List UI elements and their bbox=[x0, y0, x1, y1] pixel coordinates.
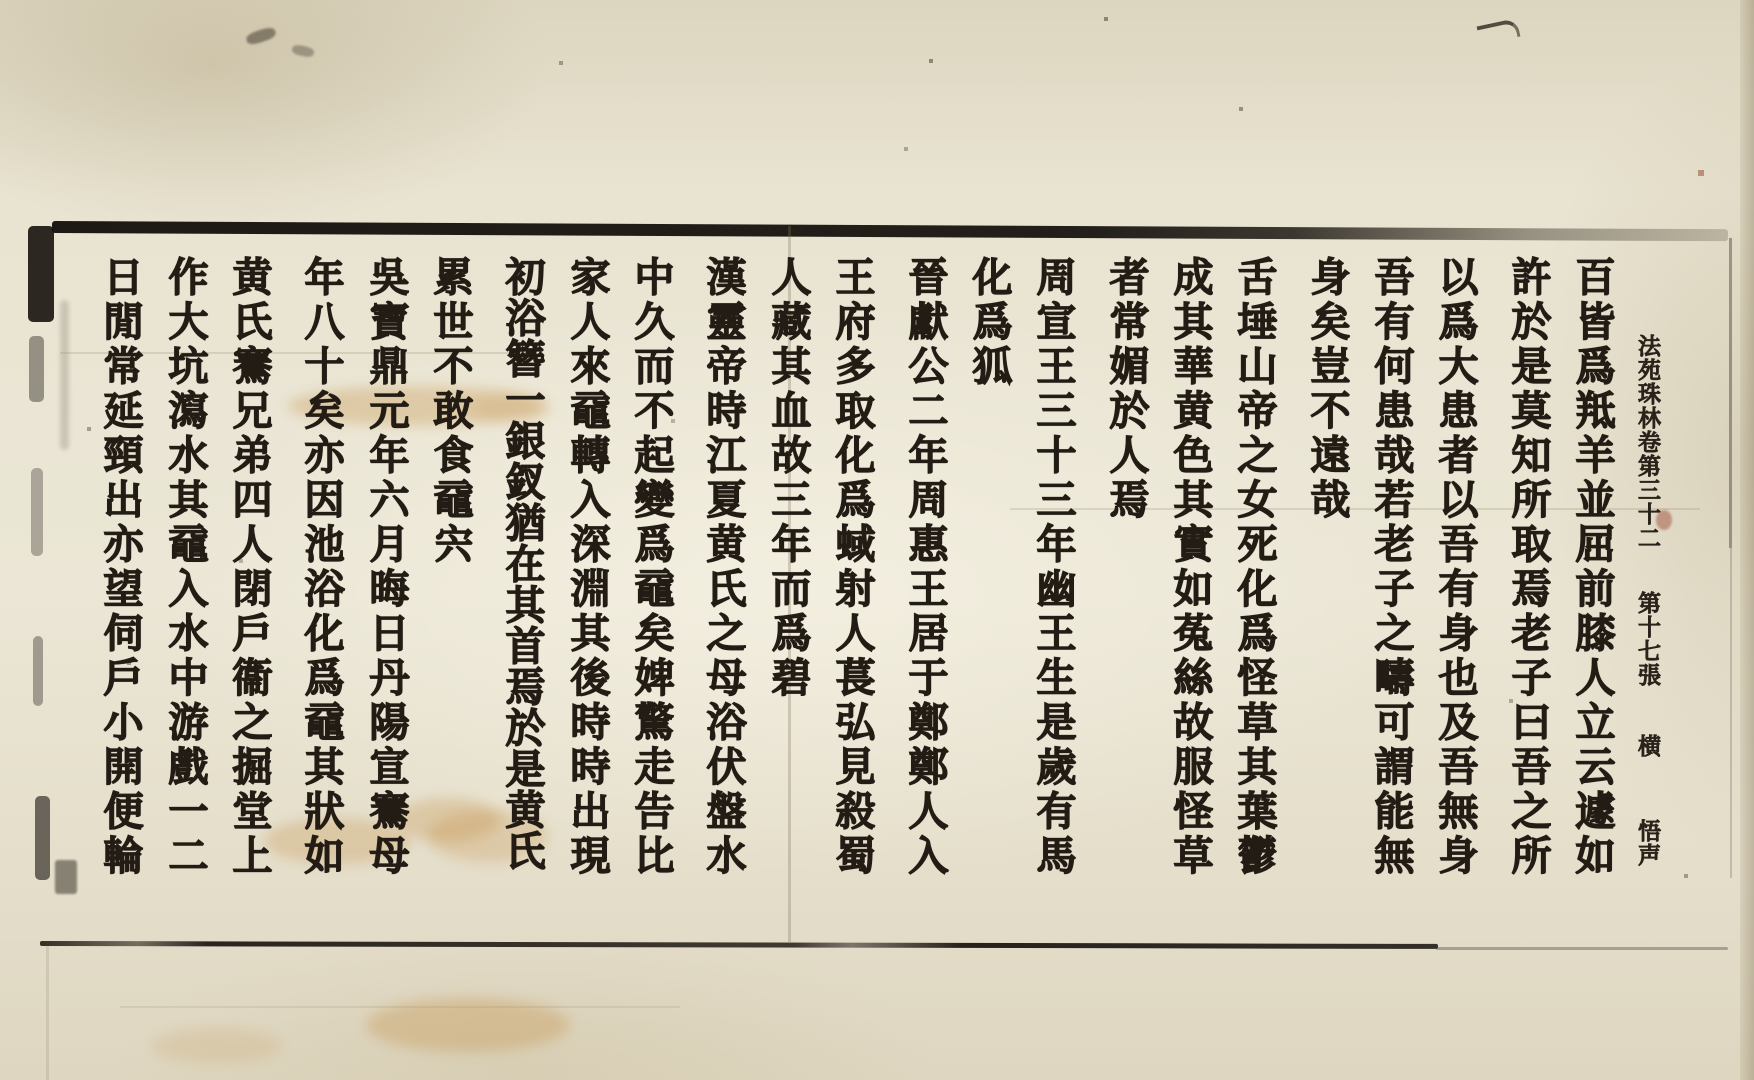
ink-smudge bbox=[291, 44, 315, 58]
text-column-18: 累世不敢食黿宍 bbox=[422, 256, 478, 568]
text-column-17: 初浴簪一銀釵猶在其首焉於是黄氏 bbox=[494, 256, 550, 871]
leaf-number-label: 第十七張 bbox=[1634, 591, 1660, 687]
left-edge-ink-blob bbox=[31, 468, 43, 556]
text-column-11: 晉獻公二年周惠王居于鄭鄭人入 bbox=[897, 256, 953, 879]
text-column-14: 漢靈帝時江夏黄氏之母浴伏盤水 bbox=[695, 256, 751, 879]
text-column-5: 身矣豈不遠哉 bbox=[1299, 256, 1355, 523]
left-edge-ink-blob bbox=[35, 796, 50, 880]
text-column-12: 王府多取化爲蜮射人萇弘見殺蜀 bbox=[824, 256, 880, 879]
text-column-1: 百皆爲羝羊並屈前膝人立云遽如 bbox=[1564, 256, 1620, 879]
frame-right-rule-faint bbox=[1730, 548, 1732, 878]
water-stain bbox=[152, 1028, 282, 1064]
ink-smudge bbox=[245, 26, 277, 47]
text-column-2: 許於是莫知所取焉老子曰吾之所 bbox=[1500, 256, 1556, 879]
marker-note: 横 bbox=[1634, 734, 1660, 758]
left-edge-ink-blob bbox=[33, 636, 43, 706]
paper-specks bbox=[0, 0, 2, 2]
text-column-6: 舌埵山帝之女死化爲怪草其葉鬱 bbox=[1226, 256, 1282, 879]
collator-name: 悟声 bbox=[1634, 819, 1660, 867]
text-column-8: 者常媚於人焉 bbox=[1098, 256, 1154, 523]
frame-top-border bbox=[52, 221, 1728, 241]
frame-right-rule bbox=[1729, 238, 1732, 548]
left-edge-bleedthrough bbox=[60, 300, 69, 450]
text-column-16: 家人來黿轉入深淵其後時時出現 bbox=[559, 256, 615, 879]
volume-label: 法苑珠林卷第三十二 bbox=[1634, 334, 1660, 550]
text-column-10: 化爲狐 bbox=[961, 256, 1017, 390]
text-column-3: 以爲大患者以吾有身也及吾無身 bbox=[1427, 256, 1483, 879]
page-right-edge bbox=[1740, 0, 1754, 1080]
left-edge-ink-blob bbox=[29, 336, 44, 402]
frame-bottom-border-faint bbox=[1436, 947, 1728, 950]
text-column-7: 成其華黄色其實如菟絲故服怪草 bbox=[1162, 256, 1218, 879]
frame-bottom-border bbox=[40, 941, 1438, 949]
text-column-15: 中久而不起變爲黿矣婢驚走告比 bbox=[623, 256, 679, 879]
text-column-13: 人藏其血故三年而爲碧 bbox=[760, 256, 816, 701]
text-column-20: 年八十矣亦因池浴化爲黿其狀如 bbox=[293, 256, 349, 879]
water-stain bbox=[366, 998, 570, 1052]
ink-hook-mark bbox=[1476, 18, 1520, 45]
left-edge-ink-blob bbox=[55, 860, 77, 894]
left-edge-ink-blob bbox=[28, 226, 54, 322]
text-column-9: 周宣王三十三年幽王生是歲有馬 bbox=[1025, 256, 1081, 879]
scanned-book-page: 法苑珠林卷第三十二 第十七張 横 悟声 百皆爲羝羊並屈前膝人立云遽如許於是莫知所… bbox=[0, 0, 1754, 1080]
leaf-marker-column: 法苑珠林卷第三十二 第十七張 横 悟声 bbox=[1630, 334, 1664, 867]
text-column-19: 吳寶鼎元年六月晦日丹陽宣騫母 bbox=[358, 256, 414, 879]
text-column-21: 黄氏騫兄弟四人閉戶衞之掘堂上 bbox=[221, 256, 277, 879]
text-column-23: 日閒常延頸出亦望伺戶小開便輪 bbox=[92, 256, 148, 879]
fold-crease bbox=[46, 946, 49, 1080]
text-column-4: 吾有何患哉若老子之疇可謂能無 bbox=[1363, 256, 1419, 879]
text-column-22: 作大坑瀉水其黿入水中游戲一二 bbox=[157, 256, 213, 879]
